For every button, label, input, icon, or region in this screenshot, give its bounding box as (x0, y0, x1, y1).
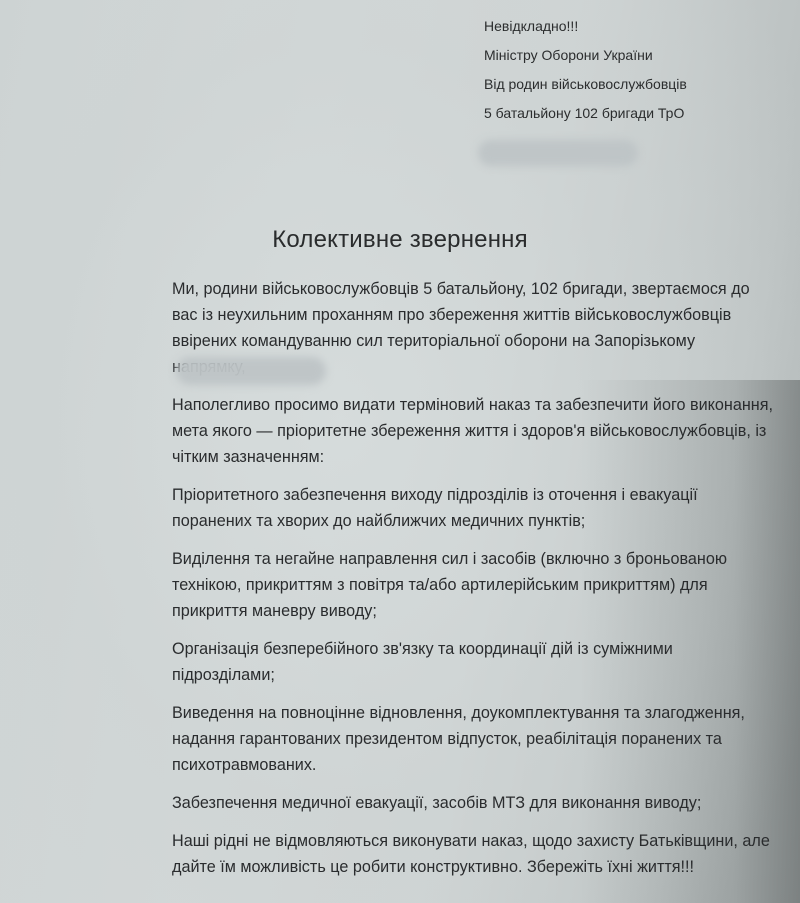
document-header: Невідкладно!!! Міністру Оборони України … (484, 12, 687, 128)
paragraph-item-forces: Виділення та негайне направлення сил і з… (172, 546, 772, 624)
sender-line-1: Від родин військовослужбовців (484, 70, 687, 99)
text-line: Виведення на повноцінне відновлення, доу… (172, 700, 772, 726)
text-line: ввірених командуванню сил територіальної… (172, 328, 772, 354)
text-line: підрозділами; (172, 662, 772, 688)
urgency-label: Невідкладно!!! (484, 12, 687, 41)
text-line: мета якого — пріоритетне збереження житт… (172, 418, 772, 444)
text-line: Наші рідні не відмовляються виконувати н… (172, 828, 772, 854)
paragraph-request: Наполегливо просимо видати терміновий на… (172, 392, 772, 470)
text-line: дайте їм можливість це робити конструкти… (172, 854, 772, 880)
text-line: Пріоритетного забезпечення виходу підроз… (172, 482, 772, 508)
paragraph-closing: Наші рідні не відмовляються виконувати н… (172, 828, 772, 880)
redaction-blur-inline (176, 357, 326, 385)
text-line: вас із неухильним проханням про збережен… (172, 302, 772, 328)
document-title: Колективне звернення (0, 226, 800, 254)
text-line: Наполегливо просимо видати терміновий на… (172, 392, 772, 418)
text-line: Організація безперебійного зв'язку та ко… (172, 636, 772, 662)
text-line: психотравмованих. (172, 752, 772, 778)
paragraph-item-medevac: Забезпечення медичної евакуації, засобів… (172, 790, 772, 816)
paragraph-item-recovery: Виведення на повноцінне відновлення, доу… (172, 700, 772, 778)
recipient-line: Міністру Оборони України (484, 41, 687, 70)
text-line: Забезпечення медичної евакуації, засобів… (172, 790, 772, 816)
paragraph-item-evacuation: Пріоритетного забезпечення виходу підроз… (172, 482, 772, 534)
text-line: чітким зазначенням: (172, 444, 772, 470)
text-line: Виділення та негайне направлення сил і з… (172, 546, 772, 572)
text-line: прикриття маневру виводу; (172, 598, 772, 624)
redaction-blur-header (478, 140, 638, 166)
sender-line-2: 5 батальйону 102 бригади ТрО (484, 99, 687, 128)
text-line: поранених та хворих до найближчих медичн… (172, 508, 772, 534)
paragraph-item-communication: Організація безперебійного зв'язку та ко… (172, 636, 772, 688)
text-line: технікою, прикриттям з повітря та/або ар… (172, 572, 772, 598)
text-line: надання гарантованих президентом відпуст… (172, 726, 772, 752)
text-line: Ми, родини військовослужбовців 5 батальй… (172, 276, 772, 302)
